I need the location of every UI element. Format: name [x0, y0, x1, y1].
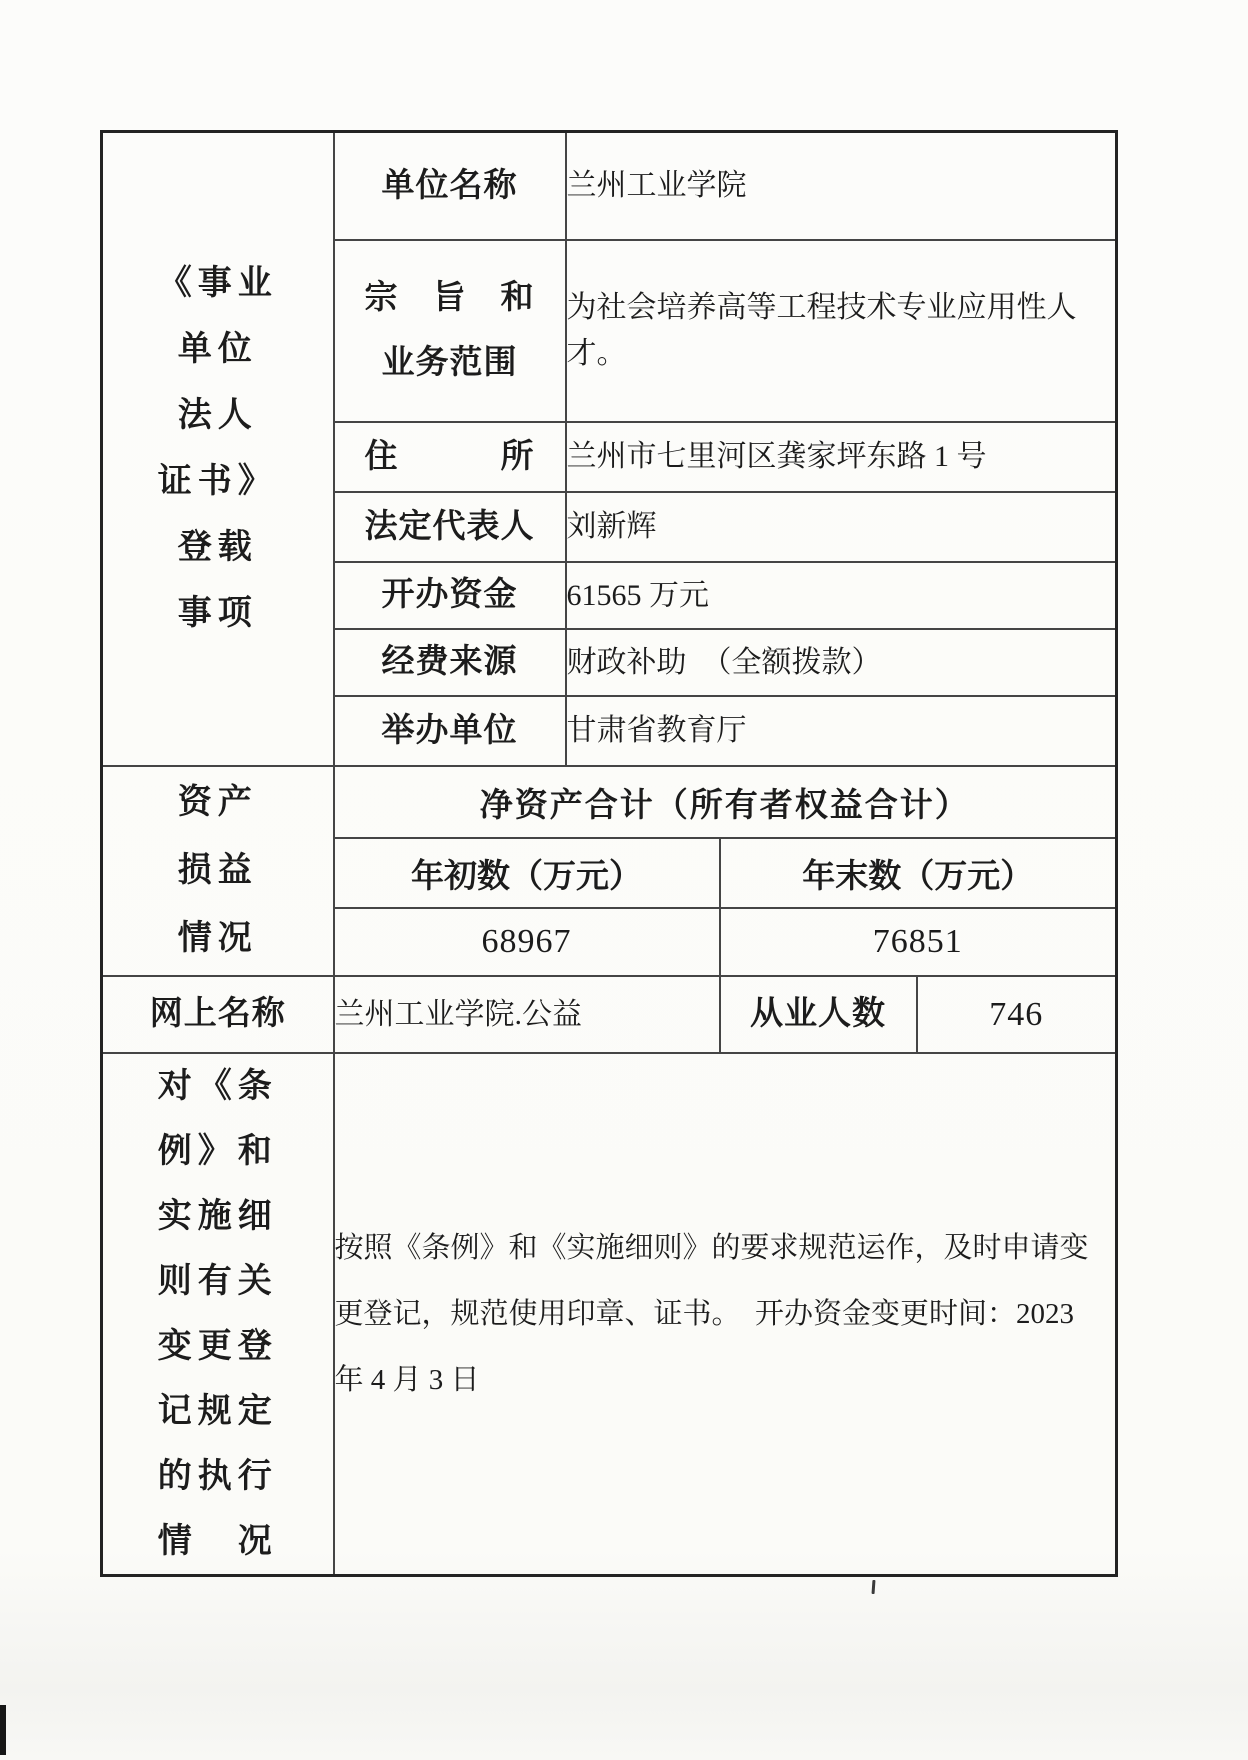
begin-of-year-column-header: 年初数（万元） — [334, 838, 720, 908]
field-value-legal-representative: 刘新辉 — [566, 492, 1117, 562]
registration-items-table: 《事业 单位 法人 证书》 登载 事项 单位名称 兰州工业学院 宗 旨 和 业务… — [100, 130, 1118, 1577]
field-label-organizer: 举办单位 — [334, 696, 566, 766]
assets-section-header: 资产 损益 情况 — [102, 766, 334, 976]
end-of-year-column-header: 年末数（万元） — [720, 838, 1117, 908]
scan-artifact-tick — [872, 1580, 876, 1594]
field-value-organizer: 甘肃省教育厅 — [566, 696, 1117, 766]
scan-artifact-edge — [0, 1705, 6, 1755]
compliance-section-header-text: 对《条 例》和 实施细 则有关 变更登 记规定 的执行 情 况 — [103, 1054, 333, 1574]
field-label-address: 住 所 — [334, 422, 566, 492]
field-label-funding-source: 经费来源 — [334, 629, 566, 696]
field-label-opening-funds: 开办资金 — [334, 562, 566, 629]
begin-of-year-value: 68967 — [334, 908, 720, 976]
field-label-legal-representative: 法定代表人 — [334, 492, 566, 562]
certificate-section-header: 《事业 单位 法人 证书》 登载 事项 — [102, 132, 334, 767]
field-label-purpose-scope: 宗 旨 和 业务范围 — [334, 240, 566, 422]
online-name-value: 兰州工业学院.公益 — [334, 976, 720, 1053]
scanned-form-page: 《事业 单位 法人 证书》 登载 事项 单位名称 兰州工业学院 宗 旨 和 业务… — [0, 0, 1248, 1760]
online-name-label: 网上名称 — [102, 976, 334, 1053]
compliance-content: 按照《条例》和《实施细则》的要求规范运作，及时申请变 更登记，规范使用印章、证书… — [334, 1053, 1117, 1576]
net-assets-title: 净资产合计（所有者权益合计） — [334, 766, 1117, 838]
field-value-opening-funds: 61565 万元 — [566, 562, 1117, 629]
certificate-section-header-text: 《事业 单位 法人 证书》 登载 事项 — [103, 251, 333, 647]
field-value-purpose-scope: 为社会培养高等工程技术专业应用性人 才。 — [566, 240, 1117, 422]
compliance-section-header: 对《条 例》和 实施细 则有关 变更登 记规定 的执行 情 况 — [102, 1053, 334, 1576]
assets-section-header-text: 资产 损益 情况 — [103, 769, 333, 973]
staff-count-value: 746 — [917, 976, 1117, 1053]
end-of-year-value: 76851 — [720, 908, 1117, 976]
staff-count-label: 从业人数 — [720, 976, 917, 1053]
field-value-address: 兰州市七里河区龚家坪东路 1 号 — [566, 422, 1117, 492]
field-value-unit-name: 兰州工业学院 — [566, 132, 1117, 241]
field-value-funding-source: 财政补助 （全额拨款） — [566, 629, 1117, 696]
field-label-unit-name: 单位名称 — [334, 132, 566, 241]
